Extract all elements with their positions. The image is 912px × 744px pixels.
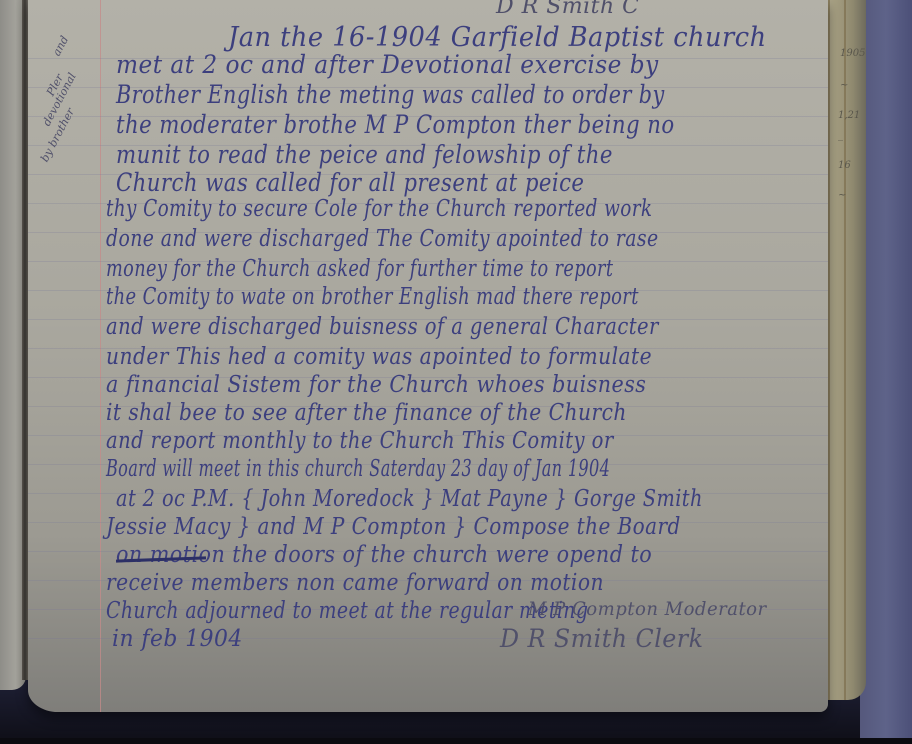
clerk-signature: D R Smith Clerk: [500, 624, 703, 653]
text-line: in feb 1904: [112, 626, 243, 652]
ledger-page: and Pler devotional by brother D R Smith…: [28, 0, 828, 712]
text-line: done and were discharged The Comity apoi…: [106, 226, 659, 252]
margin-rule: [100, 0, 101, 712]
side-mark: 16: [838, 160, 851, 171]
text-line: munit to read the peice and felowship of…: [116, 140, 613, 169]
text-line: the Comity to wate on brother English ma…: [106, 284, 639, 310]
header-signature: D R Smith C: [496, 0, 640, 19]
text-line: on motion the doors of the church were o…: [116, 542, 652, 568]
text-line: Brother English the meting was called to…: [116, 80, 665, 109]
moderator-signature: M P Compton Moderator: [528, 598, 767, 620]
text-line: it shal bee to see after the finance of …: [106, 400, 627, 426]
side-mark: _: [838, 130, 843, 141]
text-line: Jessie Macy } and M P Compton } Compose …: [106, 514, 681, 540]
side-mark: 1905: [840, 48, 865, 59]
text-line: Church adjourned to meet at the regular …: [106, 598, 588, 624]
side-mark: 1,21: [838, 110, 860, 121]
side-mark: ~: [838, 190, 846, 201]
text-line: at 2 oc P.M. { John Moredock } Mat Payne…: [116, 486, 703, 512]
text-line: the moderater brothe M P Compton ther be…: [116, 110, 675, 139]
margin-note: and: [50, 34, 71, 58]
side-mark: ~: [840, 80, 848, 91]
background-fabric: [860, 0, 912, 744]
text-line: and report monthly to the Church This Co…: [106, 428, 614, 454]
text-line: receive members non came forward on moti…: [106, 570, 604, 596]
text-line: money for the Church asked for further t…: [106, 256, 613, 282]
text-line: a financial Sistem for the Church whoes …: [106, 372, 646, 398]
text-line: thy Comity to secure Cole for the Church…: [106, 196, 652, 222]
text-line: Board will meet in this church Saterday …: [106, 456, 610, 482]
text-line: met at 2 oc and after Devotional exercis…: [116, 50, 659, 79]
text-line: Church was called for all present at pei…: [116, 168, 584, 197]
text-line: Jan the 16-1904 Garfield Baptist church: [228, 22, 767, 53]
text-line: and were discharged buisness of a genera…: [106, 314, 659, 340]
text-line: under This hed a comity was apointed to …: [106, 344, 652, 370]
bottom-edge: [0, 738, 912, 744]
